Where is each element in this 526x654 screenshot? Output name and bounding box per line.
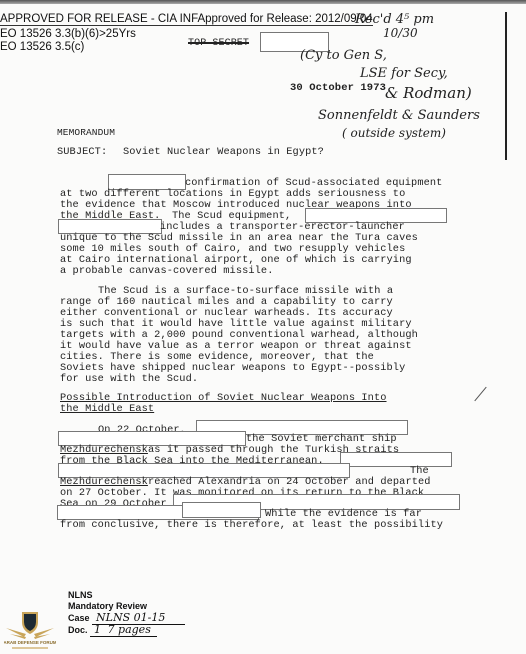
release-date-stamp: Approved for Release: 2012/09/04 (197, 13, 372, 26)
release-stamp: APPROVED FOR RELEASE - CIA INFApproved f… (0, 13, 373, 25)
handwritten-copy-note-1: (Cy to Gen S, (300, 48, 387, 63)
section-heading-cont: the Middle East (60, 403, 154, 415)
doc-label: Doc. (68, 625, 88, 635)
scan-border (0, 0, 526, 4)
handwritten-date-note: 10/30 (383, 26, 418, 40)
redaction-box (340, 452, 452, 467)
redaction-box (182, 502, 261, 518)
footer-agency: NLNS (68, 590, 93, 601)
watermark-logo: ARAB DEFENSE FORUM (4, 608, 56, 652)
handwritten-copy-note-3: & Rodman) (385, 84, 472, 102)
exemption-1: EO 13526 3.3(b)(6)>25Yrs (0, 28, 136, 40)
classification-struck: TOP SECRET (188, 38, 249, 49)
text-line: from conclusive, there is therefore, at … (60, 519, 443, 531)
margin-bar (505, 12, 507, 160)
shield-wings-icon: ARAB DEFENSE FORUM (4, 608, 56, 652)
handwritten-outside-note: ( outside system) (342, 126, 446, 140)
svg-text:ARAB DEFENSE FORUM: ARAB DEFENSE FORUM (4, 640, 56, 645)
memo-subject-label: SUBJECT: (57, 146, 107, 158)
handwritten-sonnenfeldt-note: Sonnenfeldt & Saunders (318, 108, 480, 123)
text-line: for use with the Scud. (60, 373, 198, 385)
case-label: Case (68, 613, 90, 623)
memo-subject: Soviet Nuclear Weapons in Egypt? (123, 146, 324, 158)
text-line: a probable canvas-covered missile. (60, 265, 274, 277)
release-stamp-text: APPROVED FOR RELEASE - CIA INF (0, 13, 197, 26)
memo-type: MEMORANDUM (57, 127, 115, 138)
memo-date: 30 October 1973 (290, 82, 386, 94)
scan-mark (474, 387, 486, 401)
handwritten-copy-note-2: LSE for Secy, (360, 66, 448, 81)
handwritten-received-note: Rec'd 4⁵ pm (355, 12, 434, 27)
exemption-2: EO 13526 3.5(c) (0, 41, 84, 53)
pages-value: 7 pages (108, 623, 157, 637)
footer-doc: Doc. 1 7 pages (68, 624, 157, 636)
